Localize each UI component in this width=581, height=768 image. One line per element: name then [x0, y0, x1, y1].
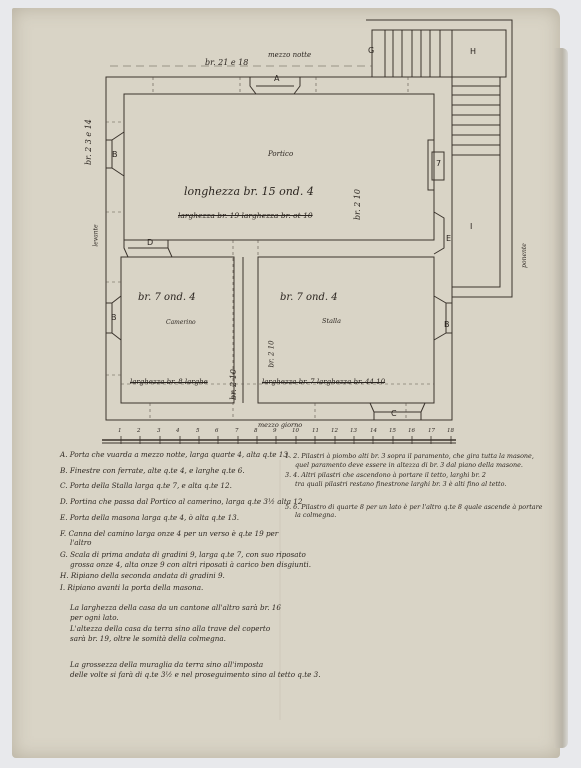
legend-item-pillars-5-6: 5. 6. Pilastro di quarte 8 per un lato è…	[285, 503, 555, 520]
scale-bar-numbers: 1 2 3 4 5 6 7 8 9 10 11 12 13 14 15 16 1…	[118, 428, 458, 436]
struck-note-stalla: larghezza br. 7 larghezza br. 44 10	[262, 378, 385, 386]
top-dimension: br. 21 e 18	[205, 58, 248, 67]
legend-left: A. Porta che vuarda a mezzo notte, larga…	[60, 450, 278, 685]
room-name-stalla: Stalla	[322, 317, 341, 325]
orientation-north: mezzo notte	[268, 51, 311, 59]
legend-item-F: F. Canna del camino larga onze 4 per un …	[60, 529, 278, 548]
legend-item-pillars-1-2: 1. 2. Pilastri à piombo alti br. 3 sopra…	[285, 452, 555, 469]
room-size-stalla: br. 7 ond. 4	[280, 292, 338, 303]
struck-note-portico: larghezza br. 19 larghezza br. ot 10	[178, 211, 313, 220]
legend-item-G: G. Scala di prima andata di gradini 9, l…	[60, 550, 278, 569]
legend-item-pillars-3-4: 3. 4. Altri pilastri che ascendono à por…	[285, 471, 555, 488]
legend-note-width: La larghezza della casa da un cantone al…	[60, 603, 278, 622]
height-note-stalla: br. 2 10	[268, 340, 276, 367]
label-H: H	[470, 47, 476, 56]
room-name-camerino: Camerino	[166, 319, 196, 326]
room-name-portico: Portico	[268, 150, 293, 158]
label-I: I	[470, 222, 472, 231]
label-G: G	[368, 46, 374, 55]
height-note-camerino: br. 2 10	[229, 369, 238, 400]
legend-note-wall-thickness: La grossezza della muraglia da terra sin…	[60, 660, 278, 679]
label-C: C	[391, 409, 397, 418]
legend-item-I: I. Ripiano avanti la porta della masona.	[60, 583, 278, 593]
room-size-camerino: br. 7 ond. 4	[138, 292, 196, 303]
legend-item-A: A. Porta che vuarda a mezzo notte, larga…	[60, 450, 278, 460]
legend-note-height: L'altezza della casa da terra sino alla …	[60, 624, 278, 643]
height-note-portico: br. 2 10	[353, 189, 362, 220]
legend-item-E: E. Porta della masona larga q.te 4, ò al…	[60, 513, 278, 523]
label-E: E	[446, 234, 451, 243]
label-A: A	[274, 74, 279, 83]
orientation-west: ponente	[521, 243, 528, 268]
room-size-portico: longhezza br. 15 ond. 4	[184, 185, 314, 198]
label-F: 7	[436, 159, 441, 168]
legend-item-H: H. Ripiano della seconda andata di gradi…	[60, 571, 278, 581]
legend-item-B: B. Finestre con ferrate, alte q.te 4, e …	[60, 466, 278, 476]
label-B-left-bottom: B	[111, 313, 117, 322]
label-D: D	[147, 238, 153, 247]
legend-item-D: D. Portina che passa dal Portico al came…	[60, 497, 278, 507]
label-B-right: B	[444, 320, 450, 329]
legend-item-C: C. Porta della Stalla larga q.te 7, e al…	[60, 481, 278, 491]
label-B-left-top: B	[112, 150, 118, 159]
orientation-east: levante	[93, 224, 100, 246]
legend-right: 1. 2. Pilastri à piombo alti br. 3 sopra…	[285, 452, 555, 526]
struck-note-camerino: larghezza br. 8 larghe	[130, 378, 208, 386]
left-dimension: br. 2 3 e 14	[84, 119, 93, 165]
